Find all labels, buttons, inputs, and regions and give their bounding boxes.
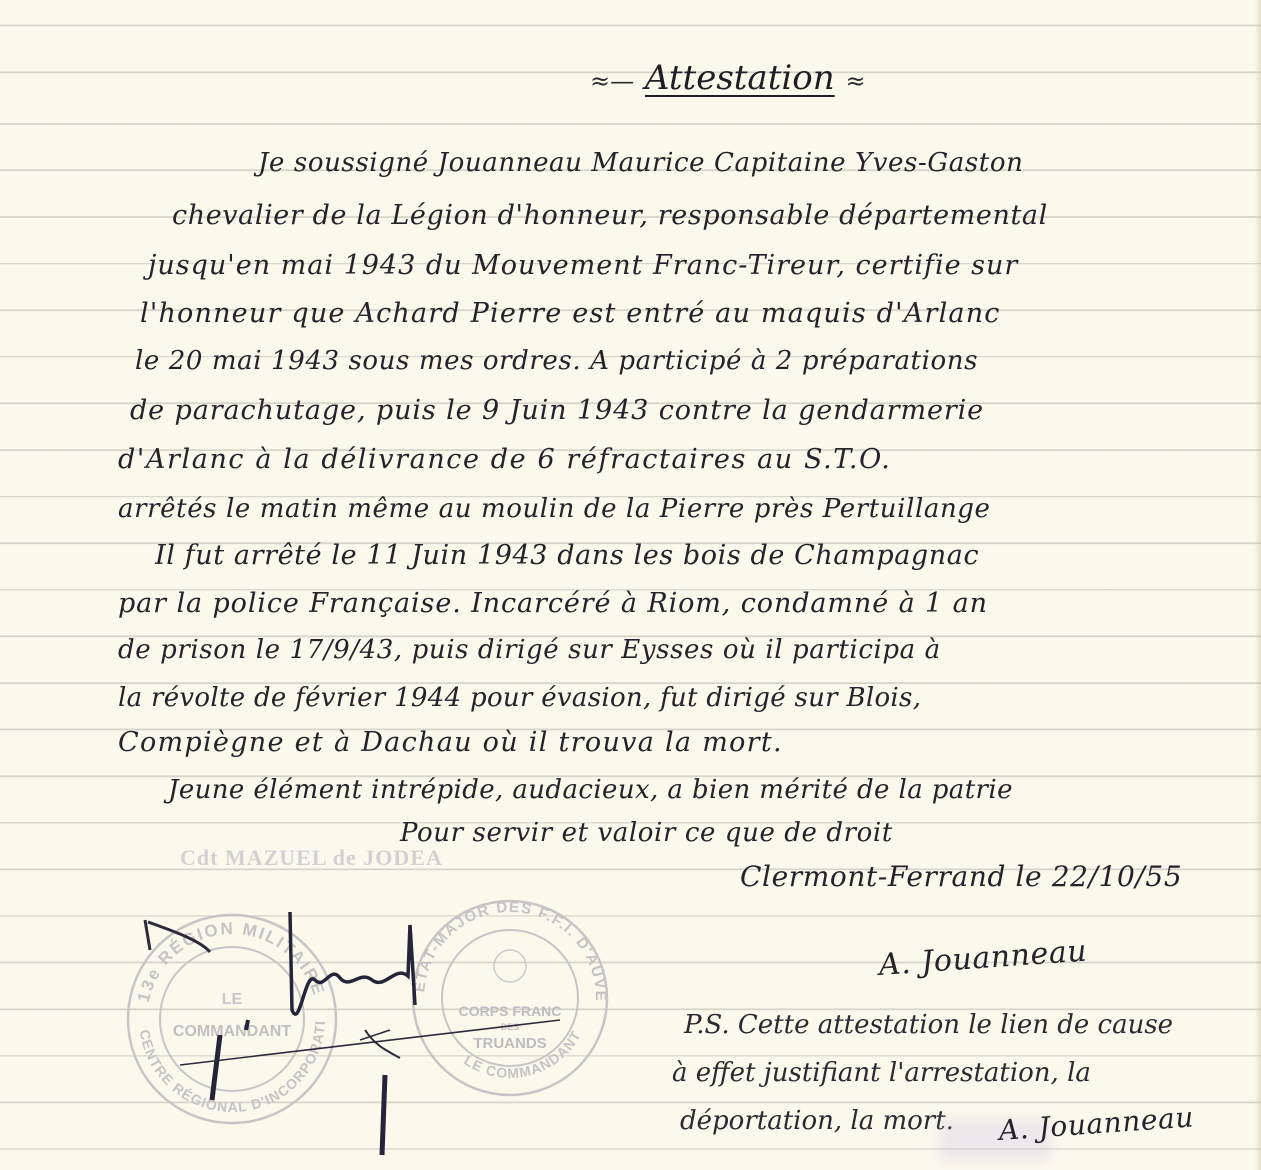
paper-edge [1255, 0, 1261, 1170]
body-line-7: d'Arlanc à la délivrance de 6 réfractair… [118, 444, 891, 475]
document-title: ≈— Attestation ≈ [590, 58, 866, 98]
body-line-12: la révolte de février 1944 pour évasion,… [118, 683, 921, 713]
body-line-13: Compiègne et à Dachau où il trouva la mo… [118, 727, 783, 758]
postscript-line-3: déportation, la mort. [680, 1106, 954, 1136]
officer-name-stamp: Cdt MAZUEL de JODEA [180, 845, 443, 871]
officer-signature [140, 910, 560, 1164]
place-and-date: Clermont-Ferrand le 22/10/55 [740, 860, 1182, 893]
closing-formula: Pour servir et valoir ce que de droit [400, 818, 893, 848]
body-line-4: l'honneur que Achard Pierre est entré au… [140, 298, 1001, 329]
attestation-page: ≈— Attestation ≈ Je soussigné Jouanneau … [0, 0, 1261, 1170]
body-line-5: le 20 mai 1943 sous mes ordres. A partic… [135, 346, 978, 376]
body-line-14: Jeune élément intrépide, audacieux, a bi… [168, 775, 1013, 805]
body-line-10: par la police Française. Incarcéré à Rio… [118, 588, 988, 619]
body-line-2: chevalier de la Légion d'honneur, respon… [172, 200, 1048, 231]
body-line-8: arrêtés le matin même au moulin de la Pi… [118, 494, 991, 524]
body-line-11: de prison le 17/9/43, puis dirigé sur Ey… [118, 635, 941, 665]
title-ornament-left: ≈— [590, 67, 634, 95]
author-signature: A. Jouanneau [878, 934, 1089, 983]
body-line-1: Je soussigné Jouanneau Maurice Capitaine… [258, 148, 1023, 178]
title-ornament-right: ≈ [845, 67, 865, 95]
body-line-6: de parachutage, puis le 9 Juin 1943 cont… [130, 395, 984, 426]
body-line-3: jusqu'en mai 1943 du Mouvement Franc-Tir… [148, 250, 1018, 281]
postscript-line-2: à effet justifiant l'arrestation, la [672, 1058, 1091, 1088]
postscript-line-1: P.S. Cette attestation le lien de cause [684, 1010, 1173, 1040]
body-line-9: Il fut arrêté le 11 Juin 1943 dans les b… [155, 540, 979, 571]
postscript-signature: A. Jouanneau [998, 1100, 1195, 1147]
title-text: Attestation [645, 58, 835, 98]
